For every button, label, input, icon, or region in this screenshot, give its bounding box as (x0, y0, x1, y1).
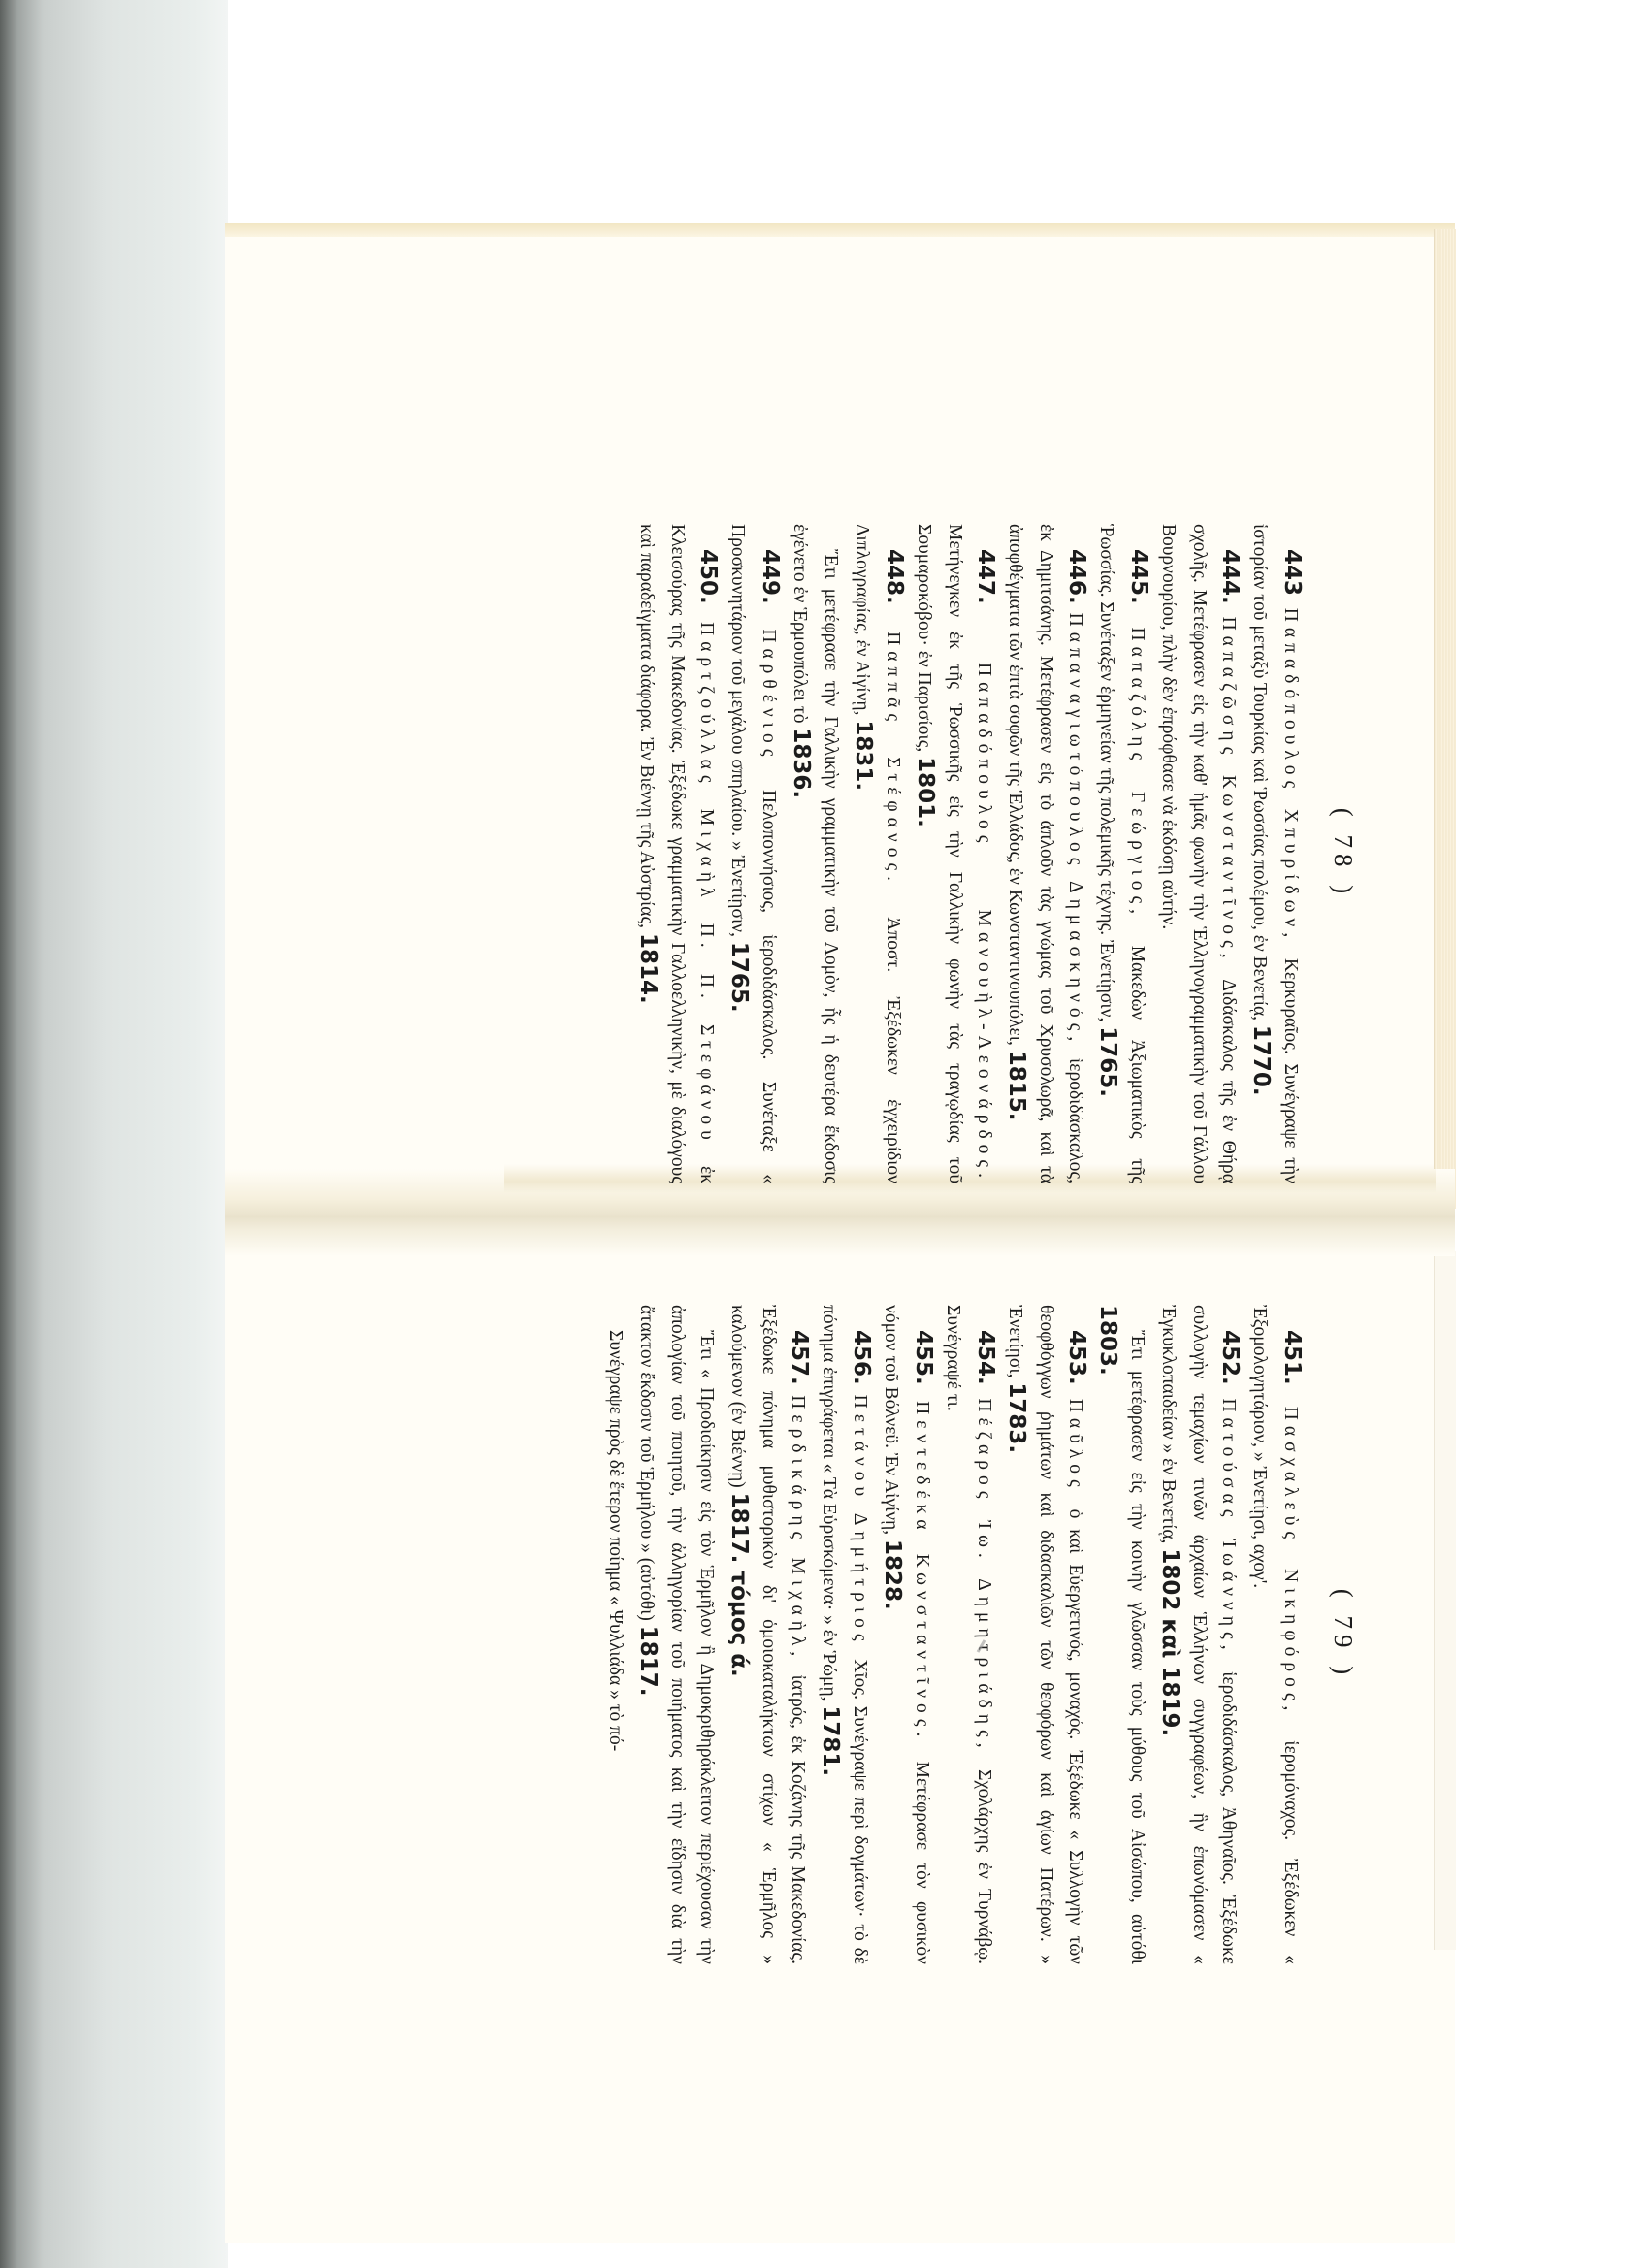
entry-number: 452. (1217, 1330, 1243, 1398)
author-name: Παπαζῶσης Κωνσταντῖνος, (1218, 617, 1239, 980)
page-fore-edge (1434, 229, 1456, 1209)
entry-year: 1817. (635, 1626, 661, 1697)
entry-number: 456. (849, 1330, 874, 1395)
author-name: Παππᾶς Στέφανος. (883, 632, 903, 917)
entry-text: Συνέγραψε πρὸς δὲ ἕτερον ποίημα « Ψυλλιά… (605, 1330, 626, 1751)
bibliography-entry: 455. Πεντεδέκα Κωνσταντῖνος. Μετέφρασε τ… (876, 1305, 938, 1964)
entry-year: 1836. (789, 728, 814, 798)
entry-year: 1802 καὶ 1819. (1157, 1548, 1182, 1736)
author-name: Περδικάρης Μιχαὴλ, (788, 1395, 808, 1674)
author-name: Παπαναγιωτόπουλος Δημασκηνός, (1065, 613, 1085, 1058)
bibliography-entry: 444. Παπαζῶσης Κωνσταντῖνος, Διδάσκαλος … (1153, 524, 1245, 1183)
entry-year: 1803. (1095, 1305, 1120, 1376)
bibliography-entry: 450. Παρτζούλλας Μιχαὴλ Π. Π. Στεφάνου ἐ… (631, 524, 723, 1183)
entry-number: 454. (973, 1330, 998, 1398)
page-79: ( 79 ) 451. Πασχαλεὺς Νικηφόρος, ἱερομόν… (600, 1305, 1358, 1964)
bibliography-entry: 447. Παπαδόπουλος Μανουὴλ-Λεονάρδος. Μετ… (909, 524, 1000, 1183)
scanner-shadow-band (0, 0, 228, 2268)
entry-number: 443 (1279, 549, 1305, 608)
page-number: ( 79 ) (1328, 1305, 1358, 1964)
bibliography-entry: Ἔτι μετέφρασε τὴν Γαλλικὴν γραμματικὴν τ… (785, 524, 847, 1183)
bibliography-entry: 453. Παῦλος ὁ καὶ Εὐεργετινός, μοναχός. … (1000, 1305, 1091, 1964)
bibliography-entry: 456. Πετάνου Δημήτριος Χῖος. Συνέγραψε π… (814, 1305, 876, 1964)
entry-number: 457. (787, 1330, 812, 1395)
entry-text: Ἔτι μετέφρασεν εἰς τὴν κοινὴν γλῶσσαν το… (1127, 1330, 1148, 1964)
entry-year: 1828. (880, 1539, 905, 1610)
entry-text: Ἔτι μετέφρασε τὴν Γαλλικὴν γραμματικὴν τ… (790, 524, 841, 1183)
entry-year: 1783. (1004, 1382, 1029, 1453)
author-name: Παπαζόλης Γεώργιος, (1127, 628, 1148, 946)
entry-number: 448. (882, 549, 907, 632)
author-name: Πετάνου Δημήτριος (850, 1395, 870, 1660)
entry-number: 445. (1126, 549, 1151, 628)
bibliography-entry: 452. Πατούσας Ἰωάννης, ἱεροδιδάσκαλος, Ἀ… (1153, 1305, 1245, 1964)
entry-year: 1781. (818, 1705, 843, 1776)
author-name: Πέζαρος Ἰω. Δημητριάδης, (974, 1398, 994, 1769)
entry-year: 1817. τόμος ά. (727, 1493, 752, 1677)
author-name: Πατούσας Ἰωάννης, (1218, 1398, 1239, 1671)
bibliography-entry: 445. Παπαζόλης Γεώργιος, Μακεδὼν Ἀξιωματ… (1091, 524, 1153, 1183)
entry-year: 1815. (1004, 1051, 1029, 1121)
entry-year: 1831. (851, 720, 876, 791)
bibliography-entry: 443 Παπαδόπουλος Χπυρίδων, Κερκυραῖος. Σ… (1245, 524, 1307, 1183)
author-name: Παρτζούλλας Μιχαὴλ Π. Π. Στεφάνου (696, 622, 717, 1166)
author-name: Παῦλος (1065, 1399, 1085, 1509)
entry-number: 450. (695, 549, 721, 622)
bibliography-entry: 448. Παππᾶς Στέφανος. Ἀποστ. Ἐξέδωκεν ἐγ… (847, 524, 909, 1183)
entries-list: 443 Παπαδόπουλος Χπυρίδων, Κερκυραῖος. Σ… (631, 524, 1307, 1183)
author-name: Πασχαλεὺς Νικηφόρος, (1280, 1407, 1301, 1741)
entry-text: Μετήνεγκεν ἐκ τῆς Ῥωσσικῆς εἰς τὴν Γαλλι… (914, 524, 965, 1183)
page-fore-edge-lower (1434, 1251, 1456, 1950)
entry-year: 1765. (1095, 1026, 1120, 1097)
bibliography-entry: 449. Παρθένιος Πελοποννήσιος, ἱεροδιδάσκ… (723, 524, 785, 1183)
page-78: ( 78 ) 443 Παπαδόπουλος Χπυρίδων, Κερκυρ… (631, 524, 1358, 1183)
entry-year: 1814. (635, 933, 661, 1004)
bibliography-entry: Ἔτι « Προδιοίκησιν εἰς τὸν Ἑρμῆλον ἢ Δημ… (631, 1305, 723, 1964)
entry-year: 1801. (913, 757, 938, 827)
bibliography-entry: Συνέγραψε πρὸς δὲ ἕτερον ποίημα « Ψυλλιά… (600, 1305, 631, 1964)
bibliography-entry: 451. Πασχαλεὺς Νικηφόρος, ἱερομόναχος. Ἐ… (1245, 1305, 1307, 1964)
entry-year: 1770. (1248, 1025, 1274, 1096)
bibliography-entry: Ἔτι μετέφρασεν εἰς τὴν κοινὴν γλῶσσαν το… (1091, 1305, 1153, 1964)
entry-number: 455. (911, 1330, 936, 1401)
entry-number: 451. (1279, 1330, 1305, 1407)
bibliography-entry: 457. Περδικάρης Μιχαὴλ, ἰατρός, ἐκ Κοζάν… (723, 1305, 814, 1964)
author-name: Παπαδόπουλος Μανουὴλ-Λεονάρδος. (974, 663, 994, 1183)
entry-number: 447. (973, 549, 998, 663)
entry-number: 444. (1217, 549, 1243, 617)
bibliography-entry: 446. Παπαναγιωτόπουλος Δημασκηνός, ἱεροδ… (1000, 524, 1091, 1183)
page-number: ( 78 ) (1328, 524, 1358, 1183)
author-name: Παρθένιος (759, 629, 779, 790)
book-top-edge (225, 223, 1455, 237)
author-name: Παπαδόπουλος Χπυρίδων, (1280, 608, 1301, 958)
author-name: Πεντεδέκα Κωνσταντῖνος. (912, 1401, 932, 1761)
entries-list: 451. Πασχαλεὺς Νικηφόρος, ἱερομόναχος. Ἐ… (600, 1305, 1307, 1964)
entry-number: 449. (758, 549, 783, 629)
bibliography-entry: 454. Πέζαρος Ἰω. Δημητριάδης, Σχολάρχης … (938, 1305, 1000, 1964)
entry-number: 446. (1064, 549, 1089, 613)
entry-year: 1765. (727, 942, 752, 1013)
entry-number: 453. (1064, 1330, 1089, 1399)
